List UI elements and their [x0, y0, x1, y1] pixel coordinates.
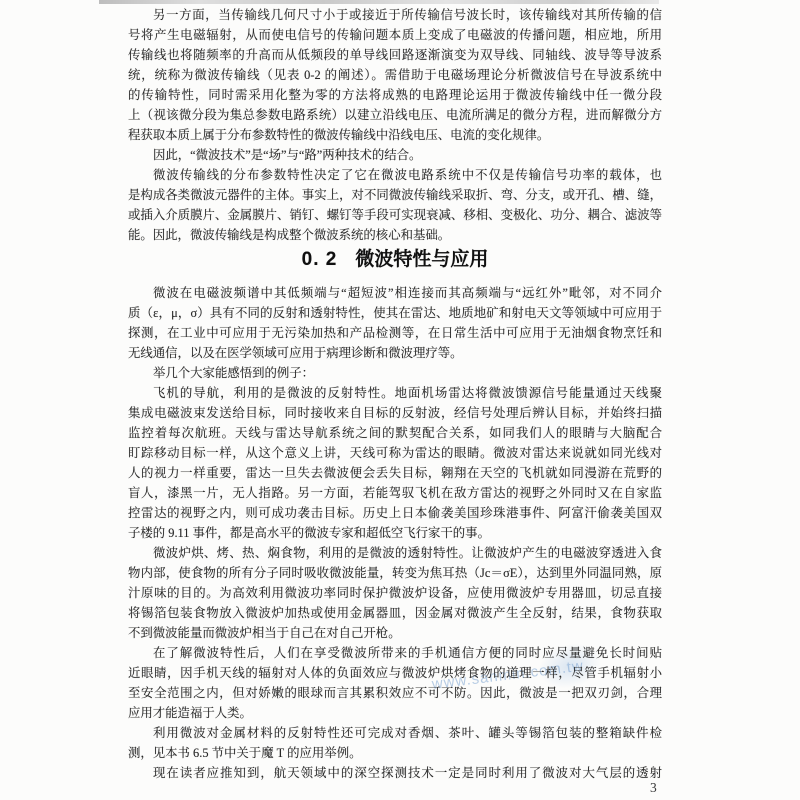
text-flow: 另一方面，当传输线几何尺寸小于或接近于所传输信号波长时，该传输线对其所传输的信号… [128, 5, 662, 783]
text-line: 统，统称为微波传输线（见表 0-2 的阐述）。需借助于电磁场理论分析微波信号在导… [128, 65, 662, 85]
paragraph: 利用微波对金属材料的反射特性还可完成对香烟、茶叶、罐头等锡箔包装的整箱缺件检测，… [128, 723, 662, 763]
text-line: 利用微波对金属材料的反射特性还可完成对香烟、茶叶、罐头等锡箔包装的整箱缺件检 [128, 723, 662, 743]
paragraph: 另一方面，当传输线几何尺寸小于或接近于所传输信号波长时，该传输线对其所传输的信号… [128, 5, 662, 145]
text-line: 控雷达的视野之内，则可成功袭击目标。历史上日本偷袭美国珍珠港事件、阿富汗偷袭美国… [128, 503, 662, 523]
text-line: 盯踪移动目标一样，从这个意义上讲，天线可称为雷达的眼睛。微波对雷达来说就如同光线… [128, 443, 662, 463]
text-line: 将锡箔包装食物放入微波炉加热或使用金属器皿，因金属对微波产生全反射，结果，食物获… [128, 603, 662, 623]
text-line: 应用才能造福于人类。 [128, 703, 662, 723]
text-line: 的传输特性，同时需采用化整为零的方法将成熟的电路理论运用于微波传输线中任一微分段 [128, 85, 662, 105]
book-page: www.sanmin.com.tw 另一方面，当传输线几何尺寸小于或接近于所传输… [0, 0, 800, 800]
paragraph: 微波炉烘、烤、热、焖食物，利用的是微波的透射特性。让微波炉产生的电磁波穿透进入食… [128, 543, 662, 643]
text-line: 现在读者应推知到，航天领域中的深空探测技术一定是同时利用了微波对大气层的透射 [128, 763, 662, 783]
text-line: 另一方面，当传输线几何尺寸小于或接近于所传输信号波长时，该传输线对其所传输的信 [128, 5, 662, 25]
text-line: 不到微波能量而微波炉相当于自己在对自己开枪。 [128, 623, 662, 643]
text-line: 集成电磁波束发送给目标，同时接收来自目标的反射波，经信号处理后辨认目标，并始终扫… [128, 403, 662, 423]
text-line: 探测，在工业中可应用于无污染加热和产品检测等，在日常生活中可应用于无油烟食物烹饪… [128, 323, 662, 343]
paragraph: 因此，“微波技术”是“场”与“路”两种技术的结合。 [128, 145, 662, 165]
text-line: 盲人，漆黑一片，无人指路。另一方面，若能驾驭飞机在敌方雷达的视野之外同时又在自家… [128, 483, 662, 503]
scan-edge-artifact [99, 0, 659, 4]
paragraph: 在了解微波特性后，人们在享受微波所带来的手机通信方便的同时应尽量避免长时间贴近眼… [128, 643, 662, 723]
text-line: 号将产生电磁辐射，从而使电信号的传输问题本质上变成了电磁波的传播问题，相应地，所… [128, 25, 662, 45]
text-line: 监控着每次航班。天线与雷达导航系统之间的默契配合关系，如同我们人的眼睛与大脑配合 [128, 423, 662, 443]
text-line: 测，见本书 6.5 节中关于魔 T 的应用举例。 [128, 743, 662, 763]
text-line: 能。因此，微波传输线是构成整个微波系统的核心和基础。 [128, 225, 662, 245]
text-line: 人的视力一样重要，雷达一旦失去微波便会丢失目标，翱翔在天空的飞机就如同漫游在荒野… [128, 463, 662, 483]
paragraph: 现在读者应推知到，航天领域中的深空探测技术一定是同时利用了微波对大气层的透射 [128, 763, 662, 783]
text-line: 无线通信，以及在医学领域可应用于病理诊断和微波理疗等。 [128, 343, 662, 363]
text-line: 质（ε，μ，σ）具有不同的反射和透射特性，使其在雷达、地质地矿和射电天文等领域中… [128, 303, 662, 323]
text-line: 程获取本质上属于分布参数特性的微波传输线中沿线电压、电流的变化规律。 [128, 125, 662, 145]
text-line: 传输线也将随频率的升高而从低频段的单导线回路逐渐演变为双导线、同轴线、波导等导波… [128, 45, 662, 65]
text-line: 或插入介质膜片、金属膜片、销钉、螺钉等手段可实现衰减、移相、变极化、功分、耦合、… [128, 205, 662, 225]
page-number: 3 [650, 780, 657, 796]
text-line: 至安全范围之内，但对娇嫩的眼球而言其累积效应不可不防。因此，微波是一把双刃剑，合… [128, 683, 662, 703]
text-line: 汁原味的目的。为高效利用微波功率同时保护微波炉设备，应使用微波炉专用器皿，切忌直… [128, 583, 662, 603]
text-line: 物内部，使食物的所有分子同时吸收微波能量，转变为焦耳热（Jc＝σE），达到里外同… [128, 563, 662, 583]
paragraph: 举几个大家能感悟到的例子： [128, 363, 662, 383]
text-line: 微波在电磁波频谱中其低频端与“超短波”相连接而其高频端与“远红外”毗邻，对不同介 [128, 283, 662, 303]
text-line: 在了解微波特性后，人们在享受微波所带来的手机通信方便的同时应尽量避免长时间贴 [128, 643, 662, 663]
text-line: 上（视该微分段为集总参数电路系统）以建立沿线电压、电流所满足的微分方程，进而解微… [128, 105, 662, 125]
text-line: 近眼睛，因手机天线的辐射对人体的负面效应与微波炉烘烤食物的道理一样，尽管手机辐射… [128, 663, 662, 683]
section-number: 0. 2 [302, 249, 338, 270]
text-line: 子楼的 9.11 事件，都是高水平的微波专家和超低空飞行家干的事。 [128, 523, 662, 543]
text-line: 飞机的导航，利用的是微波的反射特性。地面机场雷达将微波馈源信号能量通过天线聚 [128, 383, 662, 403]
paragraph: 微波传输线的分布参数特性决定了它在微波电路系统中不仅是传输信号功率的载体，也是构… [128, 165, 662, 245]
section-title: 微波特性与应用 [355, 249, 488, 270]
paragraph: 飞机的导航，利用的是微波的反射特性。地面机场雷达将微波馈源信号能量通过天线聚集成… [128, 383, 662, 543]
text-line: 微波炉烘、烤、热、焖食物，利用的是微波的透射特性。让微波炉产生的电磁波穿透进入食 [128, 543, 662, 563]
paragraph: 微波在电磁波频谱中其低频端与“超短波”相连接而其高频端与“远红外”毗邻，对不同介… [128, 283, 662, 363]
text-line: 举几个大家能感悟到的例子： [128, 363, 662, 383]
text-line: 是构成各类微波元器件的主体。事实上，对不同微波传输线采取折、弯、分支，或开孔、槽… [128, 185, 662, 205]
text-line: 因此，“微波技术”是“场”与“路”两种技术的结合。 [128, 145, 662, 165]
text-line: 微波传输线的分布参数特性决定了它在微波电路系统中不仅是传输信号功率的载体，也 [128, 165, 662, 185]
section-heading: 0. 2微波特性与应用 [128, 247, 662, 273]
